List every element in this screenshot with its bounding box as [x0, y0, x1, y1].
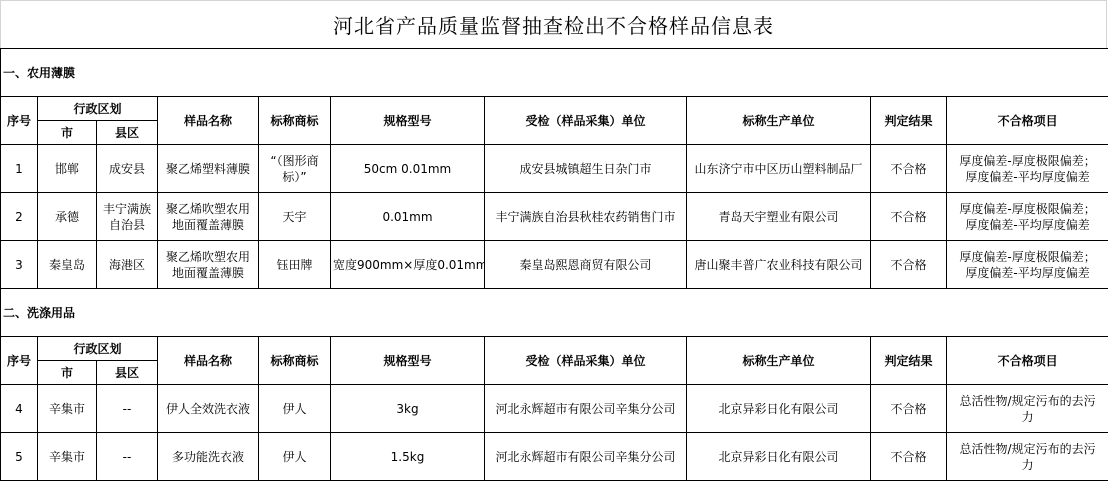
cell-failed-items: 总活性物/规定污布的去污力: [947, 433, 1108, 481]
cell-manufacturer: 青岛天宇塑业有限公司: [687, 193, 871, 241]
header-county: 县区: [97, 121, 158, 145]
cell-failed-items: 厚度偏差-厚度极限偏差；厚度偏差-平均厚度偏差: [947, 241, 1108, 289]
cell-county: 丰宁满族自治县: [97, 193, 158, 241]
cell-verdict: 不合格: [871, 433, 947, 481]
header-sample-name: 样品名称: [158, 97, 259, 145]
cell-failed-items: 总活性物/规定污布的去污力: [947, 385, 1108, 433]
cell-city: 邯郸: [38, 145, 97, 193]
cell-manufacturer: 北京异彩日化有限公司: [687, 433, 871, 481]
header-inspected-unit: 受检（样品采集）单位: [485, 337, 687, 385]
cell-failed-items: 厚度偏差-厚度极限偏差；厚度偏差-平均厚度偏差: [947, 193, 1108, 241]
cell-inspected-unit: 秦皇岛熙恩商贸有限公司: [485, 241, 687, 289]
header-seq: 序号: [1, 97, 38, 145]
cell-city: 辛集市: [38, 385, 97, 433]
cell-manufacturer: 山东济宁市中区历山塑料制品厂: [687, 145, 871, 193]
cell-verdict: 不合格: [871, 385, 947, 433]
cell-inspected-unit: 河北永辉超市有限公司辛集分公司: [485, 433, 687, 481]
cell-trademark: 伊人: [259, 385, 331, 433]
cell-seq: 5: [1, 433, 38, 481]
cell-verdict: 不合格: [871, 241, 947, 289]
header-city: 市: [38, 121, 97, 145]
header-inspected-unit: 受检（样品采集）单位: [485, 97, 687, 145]
header-trademark: 标称商标: [259, 97, 331, 145]
header-county: 县区: [97, 361, 158, 385]
table-row: 3 秦皇岛 海港区 聚乙烯吹塑农用地面覆盖薄膜 钰田牌 宽度900mm×厚度0.…: [1, 241, 1108, 289]
cell-verdict: 不合格: [871, 145, 947, 193]
cell-sample-name: 伊人全效洗衣液: [158, 385, 259, 433]
cell-sample-name: 聚乙烯塑料薄膜: [158, 145, 259, 193]
table-row: 4 辛集市 -- 伊人全效洗衣液 伊人 3kg 河北永辉超市有限公司辛集分公司 …: [1, 385, 1108, 433]
header-trademark: 标称商标: [259, 337, 331, 385]
cell-spec: 1.5kg: [331, 433, 485, 481]
cell-spec: 50cm 0.01mm: [331, 145, 485, 193]
section-title: 二、洗涤用品: [1, 289, 1108, 337]
header-region: 行政区划: [38, 97, 158, 121]
spreadsheet: 河北省产品质量监督抽查检出不合格样品信息表 一、农用薄膜 序号 行政区划 样品名…: [0, 0, 1108, 482]
cell-inspected-unit: 丰宁满族自治县秋桂农药销售门市: [485, 193, 687, 241]
header-region: 行政区划: [38, 337, 158, 361]
table-row: 1 邯郸 成安县 聚乙烯塑料薄膜 “（图形商标）” 50cm 0.01mm 成安…: [1, 145, 1108, 193]
cell-sample-name: 聚乙烯吹塑农用地面覆盖薄膜: [158, 241, 259, 289]
header-manufacturer: 标称生产单位: [687, 97, 871, 145]
section-title: 一、农用薄膜: [1, 49, 1108, 97]
cell-sample-name: 聚乙烯吹塑农用地面覆盖薄膜: [158, 193, 259, 241]
cell-city: 承德: [38, 193, 97, 241]
cell-county: 海港区: [97, 241, 158, 289]
cell-inspected-unit: 成安县城镇超生日杂门市: [485, 145, 687, 193]
cell-trademark: 天宇: [259, 193, 331, 241]
cell-inspected-unit: 河北永辉超市有限公司辛集分公司: [485, 385, 687, 433]
header-verdict: 判定结果: [871, 337, 947, 385]
cell-verdict: 不合格: [871, 193, 947, 241]
header-spec: 规格型号: [331, 337, 485, 385]
header-sample-name: 样品名称: [158, 337, 259, 385]
table-title: 河北省产品质量监督抽查检出不合格样品信息表: [0, 0, 1107, 48]
cell-trademark: 伊人: [259, 433, 331, 481]
cell-manufacturer: 唐山聚丰普广农业科技有限公司: [687, 241, 871, 289]
table-row: 5 辛集市 -- 多功能洗衣液 伊人 1.5kg 河北永辉超市有限公司辛集分公司…: [1, 433, 1108, 481]
header-spec: 规格型号: [331, 97, 485, 145]
cell-seq: 1: [1, 145, 38, 193]
cell-manufacturer: 北京异彩日化有限公司: [687, 385, 871, 433]
cell-county: 成安县: [97, 145, 158, 193]
cell-sample-name: 多功能洗衣液: [158, 433, 259, 481]
cell-county: --: [97, 385, 158, 433]
cell-seq: 3: [1, 241, 38, 289]
cell-trademark: “（图形商标）”: [259, 145, 331, 193]
table-row: 2 承德 丰宁满族自治县 聚乙烯吹塑农用地面覆盖薄膜 天宇 0.01mm 丰宁满…: [1, 193, 1108, 241]
header-manufacturer: 标称生产单位: [687, 337, 871, 385]
header-failed-items: 不合格项目: [947, 97, 1108, 145]
cell-county: --: [97, 433, 158, 481]
cell-city: 秦皇岛: [38, 241, 97, 289]
header-seq: 序号: [1, 337, 38, 385]
cell-seq: 4: [1, 385, 38, 433]
cell-spec: 3kg: [331, 385, 485, 433]
nonconforming-samples-table: 一、农用薄膜 序号 行政区划 样品名称 标称商标 规格型号 受检（样品采集）单位…: [0, 48, 1108, 481]
cell-seq: 2: [1, 193, 38, 241]
cell-spec: 宽度900mm×厚度0.01mm: [331, 241, 485, 289]
cell-spec: 0.01mm: [331, 193, 485, 241]
cell-trademark: 钰田牌: [259, 241, 331, 289]
header-verdict: 判定结果: [871, 97, 947, 145]
cell-city: 辛集市: [38, 433, 97, 481]
cell-failed-items: 厚度偏差-厚度极限偏差；厚度偏差-平均厚度偏差: [947, 145, 1108, 193]
header-city: 市: [38, 361, 97, 385]
header-failed-items: 不合格项目: [947, 337, 1108, 385]
